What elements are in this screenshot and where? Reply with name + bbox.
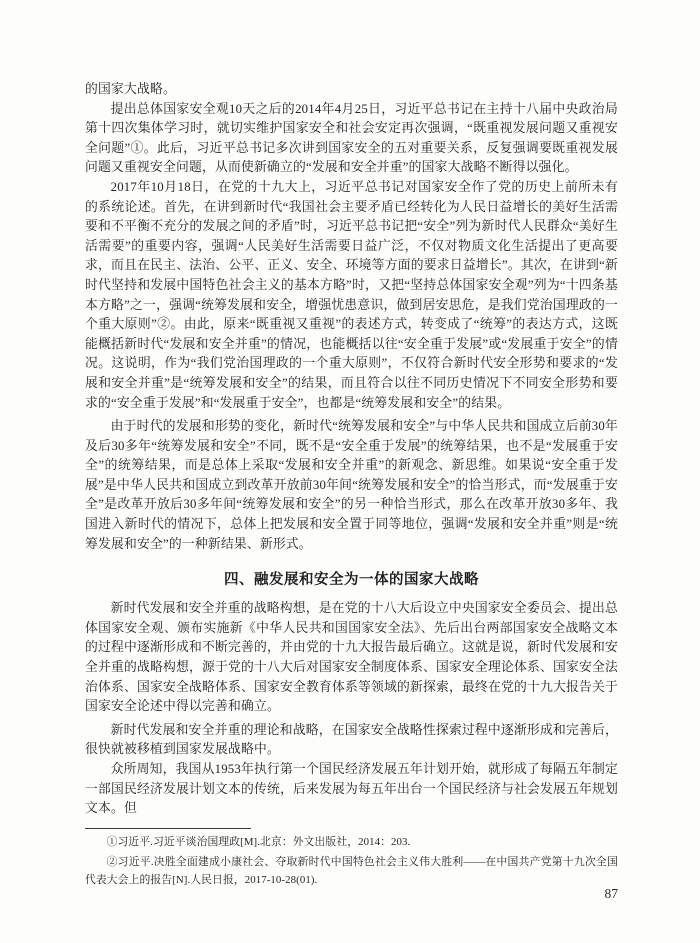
paragraph: 新时代发展和安全并重的战略构想，是在党的十八大后设立中央国家安全委员会、提出总体… — [85, 599, 618, 717]
paragraph: 2017年10月18日，在党的十九大上，习近平总书记对国家安全作了党的历史上前所… — [85, 178, 618, 413]
paragraph-continuation: 的国家大战略。 — [85, 80, 618, 100]
footnote: ②习近平.决胜全面建成小康社会、夺取新时代中国特色社会主义伟大胜利——在中国共产… — [85, 854, 618, 889]
footnotes-block: ①习近平.习近平谈治国理政[M].北京：外文出版社，2014：203. ②习近平… — [85, 834, 618, 890]
text-block: 的国家大战略。 提出总体国家安全观10天之后的2014年4月25日，习近平总书记… — [85, 80, 618, 892]
footnote: ①习近平.习近平谈治国理政[M].北京：外文出版社，2014：203. — [85, 834, 618, 852]
paragraph: 提出总体国家安全观10天之后的2014年4月25日，习近平总书记在主持十八届中央… — [85, 100, 618, 178]
paragraph: 众所周知，我国从1953年执行第一个国民经济发展五年计划开始，就形成了每隔五年制… — [85, 760, 618, 819]
document-page: 的国家大战略。 提出总体国家安全观10天之后的2014年4月25日，习近平总书记… — [0, 0, 700, 943]
paragraph: 由于时代的发展和形势的变化，新时代“统筹发展和安全”与中华人民共和国成立后前30… — [85, 417, 618, 554]
section-heading: 四、融发展和安全为一体的国家大战略 — [85, 568, 618, 589]
footnote-separator-rule — [85, 828, 251, 829]
page-number: 87 — [605, 886, 619, 902]
paragraph: 新时代发展和安全并重的理论和战略，在国家安全战略性探索过程中逐渐形成和完善后，很… — [85, 721, 618, 760]
